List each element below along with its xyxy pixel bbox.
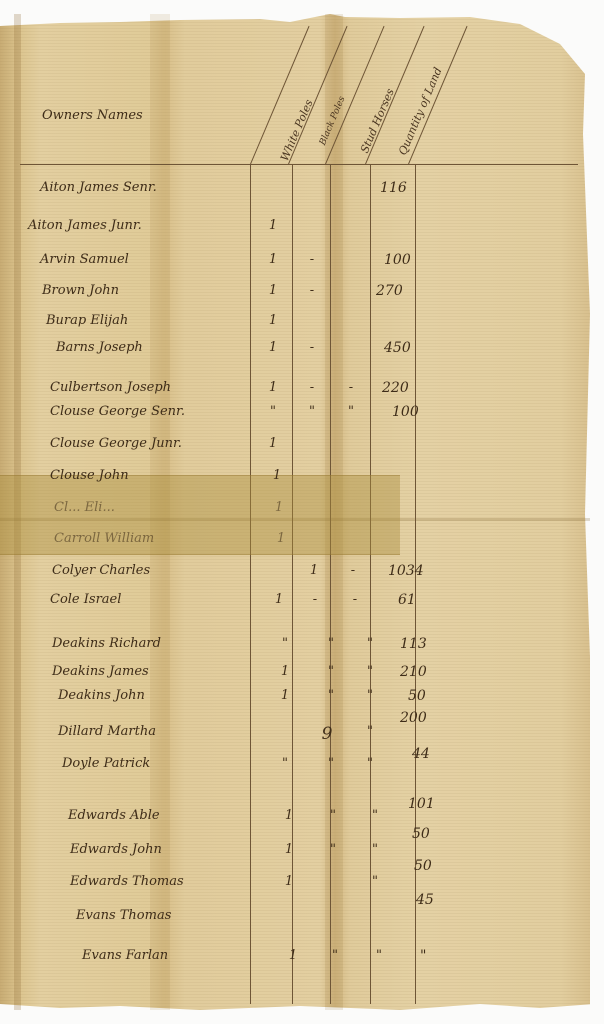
white-poles-value: 1 xyxy=(264,592,294,607)
stud-horses-value: " xyxy=(360,874,390,889)
ledger-row: Doyle Patrick " " " 44 xyxy=(0,756,590,782)
owner-name: Edwards Able xyxy=(68,808,160,823)
owner-name: Clouse George Junr. xyxy=(50,436,182,451)
owners-names-header: Owners Names xyxy=(42,108,143,123)
white-poles-value: 1 xyxy=(258,252,288,267)
land-quantity-value: 61 xyxy=(398,592,416,608)
ledger-row: Evans Thomas 45 xyxy=(0,908,590,934)
stud-horses-value: - xyxy=(340,592,370,607)
ledger-row: Clouse George Junr. 1 xyxy=(0,436,590,462)
owner-name: Deakins James xyxy=(52,664,149,679)
black-poles-value: - xyxy=(297,380,327,395)
ledger-row: Aiton James Senr. 116 xyxy=(0,180,590,206)
black-poles-value: 9 xyxy=(312,724,342,744)
land-quantity-value: 44 xyxy=(412,746,430,762)
land-quantity-value: 50 xyxy=(412,826,430,842)
stud-horses-value: " xyxy=(355,724,385,739)
owner-name: Clouse George Senr. xyxy=(50,404,185,419)
owner-name: Aiton James Junr. xyxy=(28,218,142,233)
ledger-row: Arvin Samuel 1 - 100 xyxy=(0,252,590,278)
ledger-row: Cl... Eli... 1 xyxy=(0,500,590,526)
owner-name: Arvin Samuel xyxy=(40,252,129,267)
ledger-row: Edwards John 1 " " 50 xyxy=(0,842,590,868)
black-poles-value: " xyxy=(316,636,346,651)
land-quantity-value: 270 xyxy=(376,283,403,299)
stud-horses-value: " xyxy=(355,688,385,703)
white-poles-value: 1 xyxy=(274,808,304,823)
white-poles-value: 1 xyxy=(278,948,308,963)
stud-horses-value: - xyxy=(338,563,368,578)
white-poles-value: 1 xyxy=(258,313,288,328)
white-poles-value: 1 xyxy=(258,218,288,233)
owner-name: Evans Thomas xyxy=(76,908,171,923)
white-poles-value: 1 xyxy=(270,664,300,679)
ledger-row: Carroll William 1 xyxy=(0,531,590,557)
stud-horses-value: " xyxy=(355,756,385,771)
ledger-row: Clouse John 1 xyxy=(0,468,590,494)
black-poles-value: " xyxy=(318,808,348,823)
land-quantity-value: 210 xyxy=(400,664,427,680)
ledger-row: Aiton James Junr. 1 xyxy=(0,218,590,244)
ledger-row: Brown John 1 - 270 xyxy=(0,283,590,309)
white-poles-value: 1 xyxy=(274,842,304,857)
land-quantity-value: 101 xyxy=(408,796,435,812)
black-poles-value: - xyxy=(297,340,327,355)
land-quantity-value: 100 xyxy=(392,404,419,420)
owner-name: Deakins Richard xyxy=(52,636,161,651)
stud-horses-value: " xyxy=(360,808,390,823)
owner-name: Aiton James Senr. xyxy=(40,180,157,195)
land-quantity-value: 50 xyxy=(408,688,426,704)
white-poles-value: 1 xyxy=(262,468,292,483)
black-poles-value: " xyxy=(316,756,346,771)
owner-name: Carroll William xyxy=(54,531,154,546)
white-poles-value: 1 xyxy=(258,340,288,355)
stud-horses-value: " xyxy=(355,664,385,679)
ledger-row: Cole Israel 1 - - 61 xyxy=(0,592,590,618)
stud-horses-value: - xyxy=(336,380,366,395)
ledger-row: Deakins John 1 " " 50 xyxy=(0,688,590,714)
land-quantity-value: 220 xyxy=(382,380,409,396)
land-quantity-value: 50 xyxy=(414,858,432,874)
stud-horses-value: " xyxy=(336,404,366,419)
ledger-row: Burap Elijah 1 xyxy=(0,313,590,339)
header-rule xyxy=(20,164,578,165)
owner-name: Clouse John xyxy=(50,468,129,483)
owner-name: Dillard Martha xyxy=(58,724,156,739)
black-poles-value: - xyxy=(297,252,327,267)
ledger-row: Edwards Thomas 1 " 50 xyxy=(0,874,590,900)
land-quantity-value: " xyxy=(420,948,426,964)
owner-name: Cole Israel xyxy=(50,592,121,607)
black-poles-value: " xyxy=(316,688,346,703)
land-quantity-value: 100 xyxy=(384,252,411,268)
white-poles-value: 1 xyxy=(258,283,288,298)
white-poles-value: " xyxy=(258,404,288,419)
ledger-row: Edwards Able 1 " " 101 xyxy=(0,808,590,834)
ledger-row: Clouse George Senr. " " " 100 xyxy=(0,404,590,430)
owner-name: Cl... Eli... xyxy=(54,500,115,515)
land-quantity-value: 116 xyxy=(380,180,407,196)
white-poles-value: 1 xyxy=(270,688,300,703)
stud-horses-value: " xyxy=(360,842,390,857)
owner-name: Edwards John xyxy=(70,842,162,857)
white-poles-value: 1 xyxy=(258,380,288,395)
white-poles-value: 1 xyxy=(264,500,294,515)
stud-horses-value: " xyxy=(364,948,394,963)
ledger-row: Culbertson Joseph 1 - - 220 xyxy=(0,380,590,406)
black-poles-value: - xyxy=(297,283,327,298)
black-poles-value: 1 xyxy=(299,563,329,578)
owner-name: Deakins John xyxy=(58,688,145,703)
white-poles-value: 1 xyxy=(274,874,304,889)
ledger-row: Deakins Richard " " " 113 xyxy=(0,636,590,662)
owner-name: Burap Elijah xyxy=(46,313,128,328)
land-quantity-value: 113 xyxy=(400,636,427,652)
owner-name: Colyer Charles xyxy=(52,563,150,578)
owner-name: Edwards Thomas xyxy=(70,874,184,889)
black-poles-value: - xyxy=(300,592,330,607)
owner-name: Culbertson Joseph xyxy=(50,380,171,395)
owner-name: Doyle Patrick xyxy=(62,756,150,771)
ledger-row: Dillard Martha 9 " 200 xyxy=(0,724,590,750)
land-quantity-value: 1034 xyxy=(388,563,424,579)
land-quantity-value: 200 xyxy=(400,710,427,726)
black-poles-value: " xyxy=(297,404,327,419)
land-quantity-value: 450 xyxy=(384,340,411,356)
owner-name: Evans Farlan xyxy=(82,948,168,963)
ledger-row: Barns Joseph 1 - 450 xyxy=(0,340,590,366)
land-quantity-value: 45 xyxy=(416,892,434,908)
stud-horses-value: " xyxy=(355,636,385,651)
black-poles-value: " xyxy=(316,664,346,679)
owner-name: Barns Joseph xyxy=(56,340,143,355)
black-poles-value: " xyxy=(320,948,350,963)
black-poles-value: " xyxy=(318,842,348,857)
white-poles-value: " xyxy=(270,636,300,651)
ledger-row: Colyer Charles 1 - 1034 xyxy=(0,563,590,589)
owner-name: Brown John xyxy=(42,283,119,298)
white-poles-value: " xyxy=(270,756,300,771)
white-poles-value: 1 xyxy=(266,531,296,546)
ledger-row: Evans Farlan 1 " " " xyxy=(0,948,590,974)
ledger-row: Deakins James 1 " " 210 xyxy=(0,664,590,690)
white-poles-value: 1 xyxy=(258,436,288,451)
